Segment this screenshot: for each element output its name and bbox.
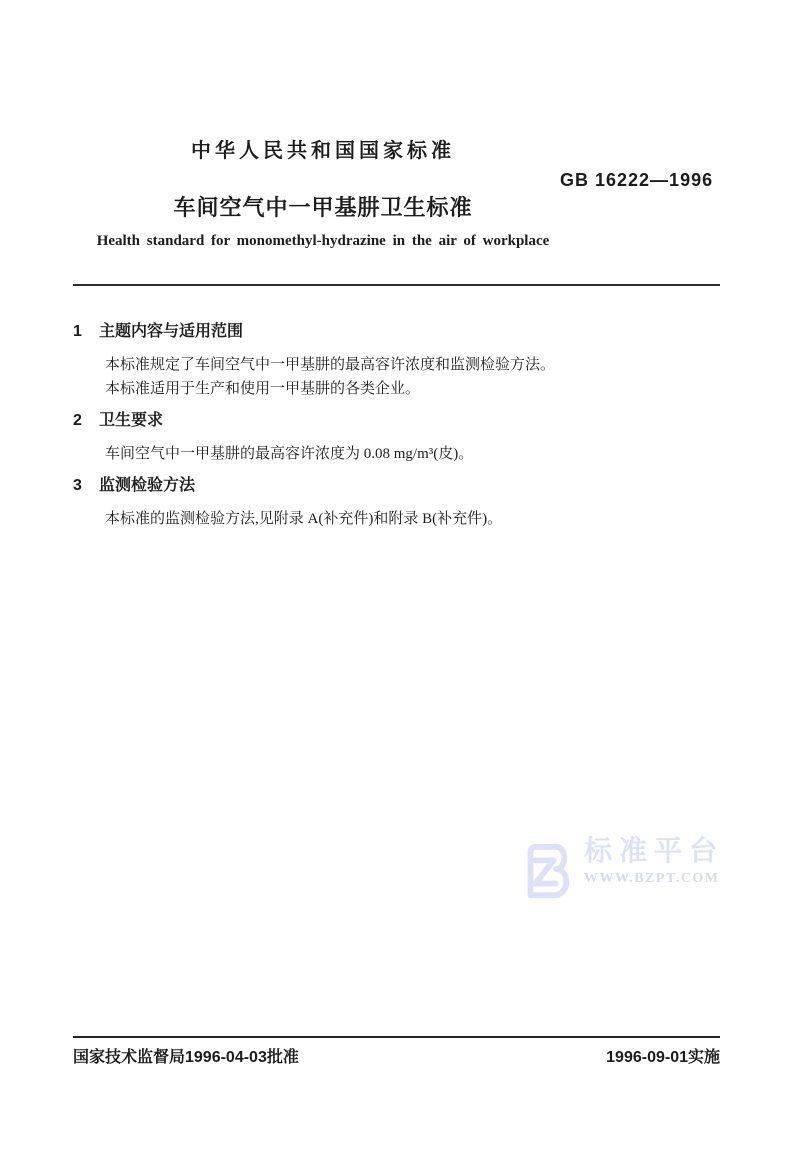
watermark-url: WWW.BZPT.COM	[584, 871, 724, 887]
section-heading-text: 主题内容与适用范围	[99, 322, 243, 341]
section-heading-text: 卫生要求	[99, 411, 163, 430]
document-page: { "page": { "background": "#ffffff", "te…	[0, 0, 800, 1151]
paragraph: 本标准的监测检验方法,见附录 A(补充件)和附录 B(补充件)。	[105, 507, 720, 531]
standard-code: GB 16222—1996	[560, 170, 713, 191]
section-paragraphs: 本标准规定了车间空气中一甲基肼的最高容许浓度和监测检验方法。 本标准适用于生产和…	[105, 353, 720, 401]
section-heading: 1 主题内容与适用范围	[73, 322, 720, 341]
paragraph: 本标准规定了车间空气中一甲基肼的最高容许浓度和监测检验方法。	[105, 353, 720, 377]
footer-implemented: 1996-09-01实施	[606, 1044, 720, 1067]
document-body: 1 主题内容与适用范围 本标准规定了车间空气中一甲基肼的最高容许浓度和监测检验方…	[73, 322, 720, 531]
section-health-requirement: 2 卫生要求 车间空气中一甲基肼的最高容许浓度为 0.08 mg/m³(皮)。	[73, 411, 720, 466]
header-divider	[73, 284, 720, 286]
section-heading: 2 卫生要求	[73, 411, 720, 430]
footer-approved: 国家技术监督局1996-04-03批准	[73, 1044, 299, 1067]
footer-divider	[73, 1036, 720, 1038]
section-monitoring-methods: 3 监测检验方法 本标准的监测检验方法,见附录 A(补充件)和附录 B(补充件)…	[73, 476, 720, 531]
section-number: 3	[73, 476, 99, 495]
document-title-en: Health standard for monomethyl-hydrazine…	[73, 233, 573, 250]
section-number: 2	[73, 411, 99, 430]
watermark-text: 标准平台 WWW.BZPT.COM	[584, 835, 724, 887]
section-heading-text: 监测检验方法	[99, 476, 195, 495]
section-paragraphs: 车间空气中一甲基肼的最高容许浓度为 0.08 mg/m³(皮)。	[105, 442, 720, 466]
section-heading: 3 监测检验方法	[73, 476, 720, 495]
footer: 国家技术监督局1996-04-03批准 1996-09-01实施	[73, 1044, 720, 1067]
document-title-zh: 车间空气中一甲基肼卫生标准	[73, 191, 573, 222]
section-scope: 1 主题内容与适用范围 本标准规定了车间空气中一甲基肼的最高容许浓度和监测检验方…	[73, 322, 720, 401]
bzpt-logo-icon	[514, 841, 576, 906]
watermark: 标准平台 WWW.BZPT.COM	[514, 835, 724, 906]
national-standard-label: 中华人民共和国国家标准	[73, 134, 573, 163]
watermark-title: 标准平台	[584, 835, 724, 867]
section-number: 1	[73, 322, 99, 341]
section-paragraphs: 本标准的监测检验方法,见附录 A(补充件)和附录 B(补充件)。	[105, 507, 720, 531]
paragraph: 车间空气中一甲基肼的最高容许浓度为 0.08 mg/m³(皮)。	[105, 442, 720, 466]
paragraph: 本标准适用于生产和使用一甲基肼的各类企业。	[105, 377, 720, 401]
